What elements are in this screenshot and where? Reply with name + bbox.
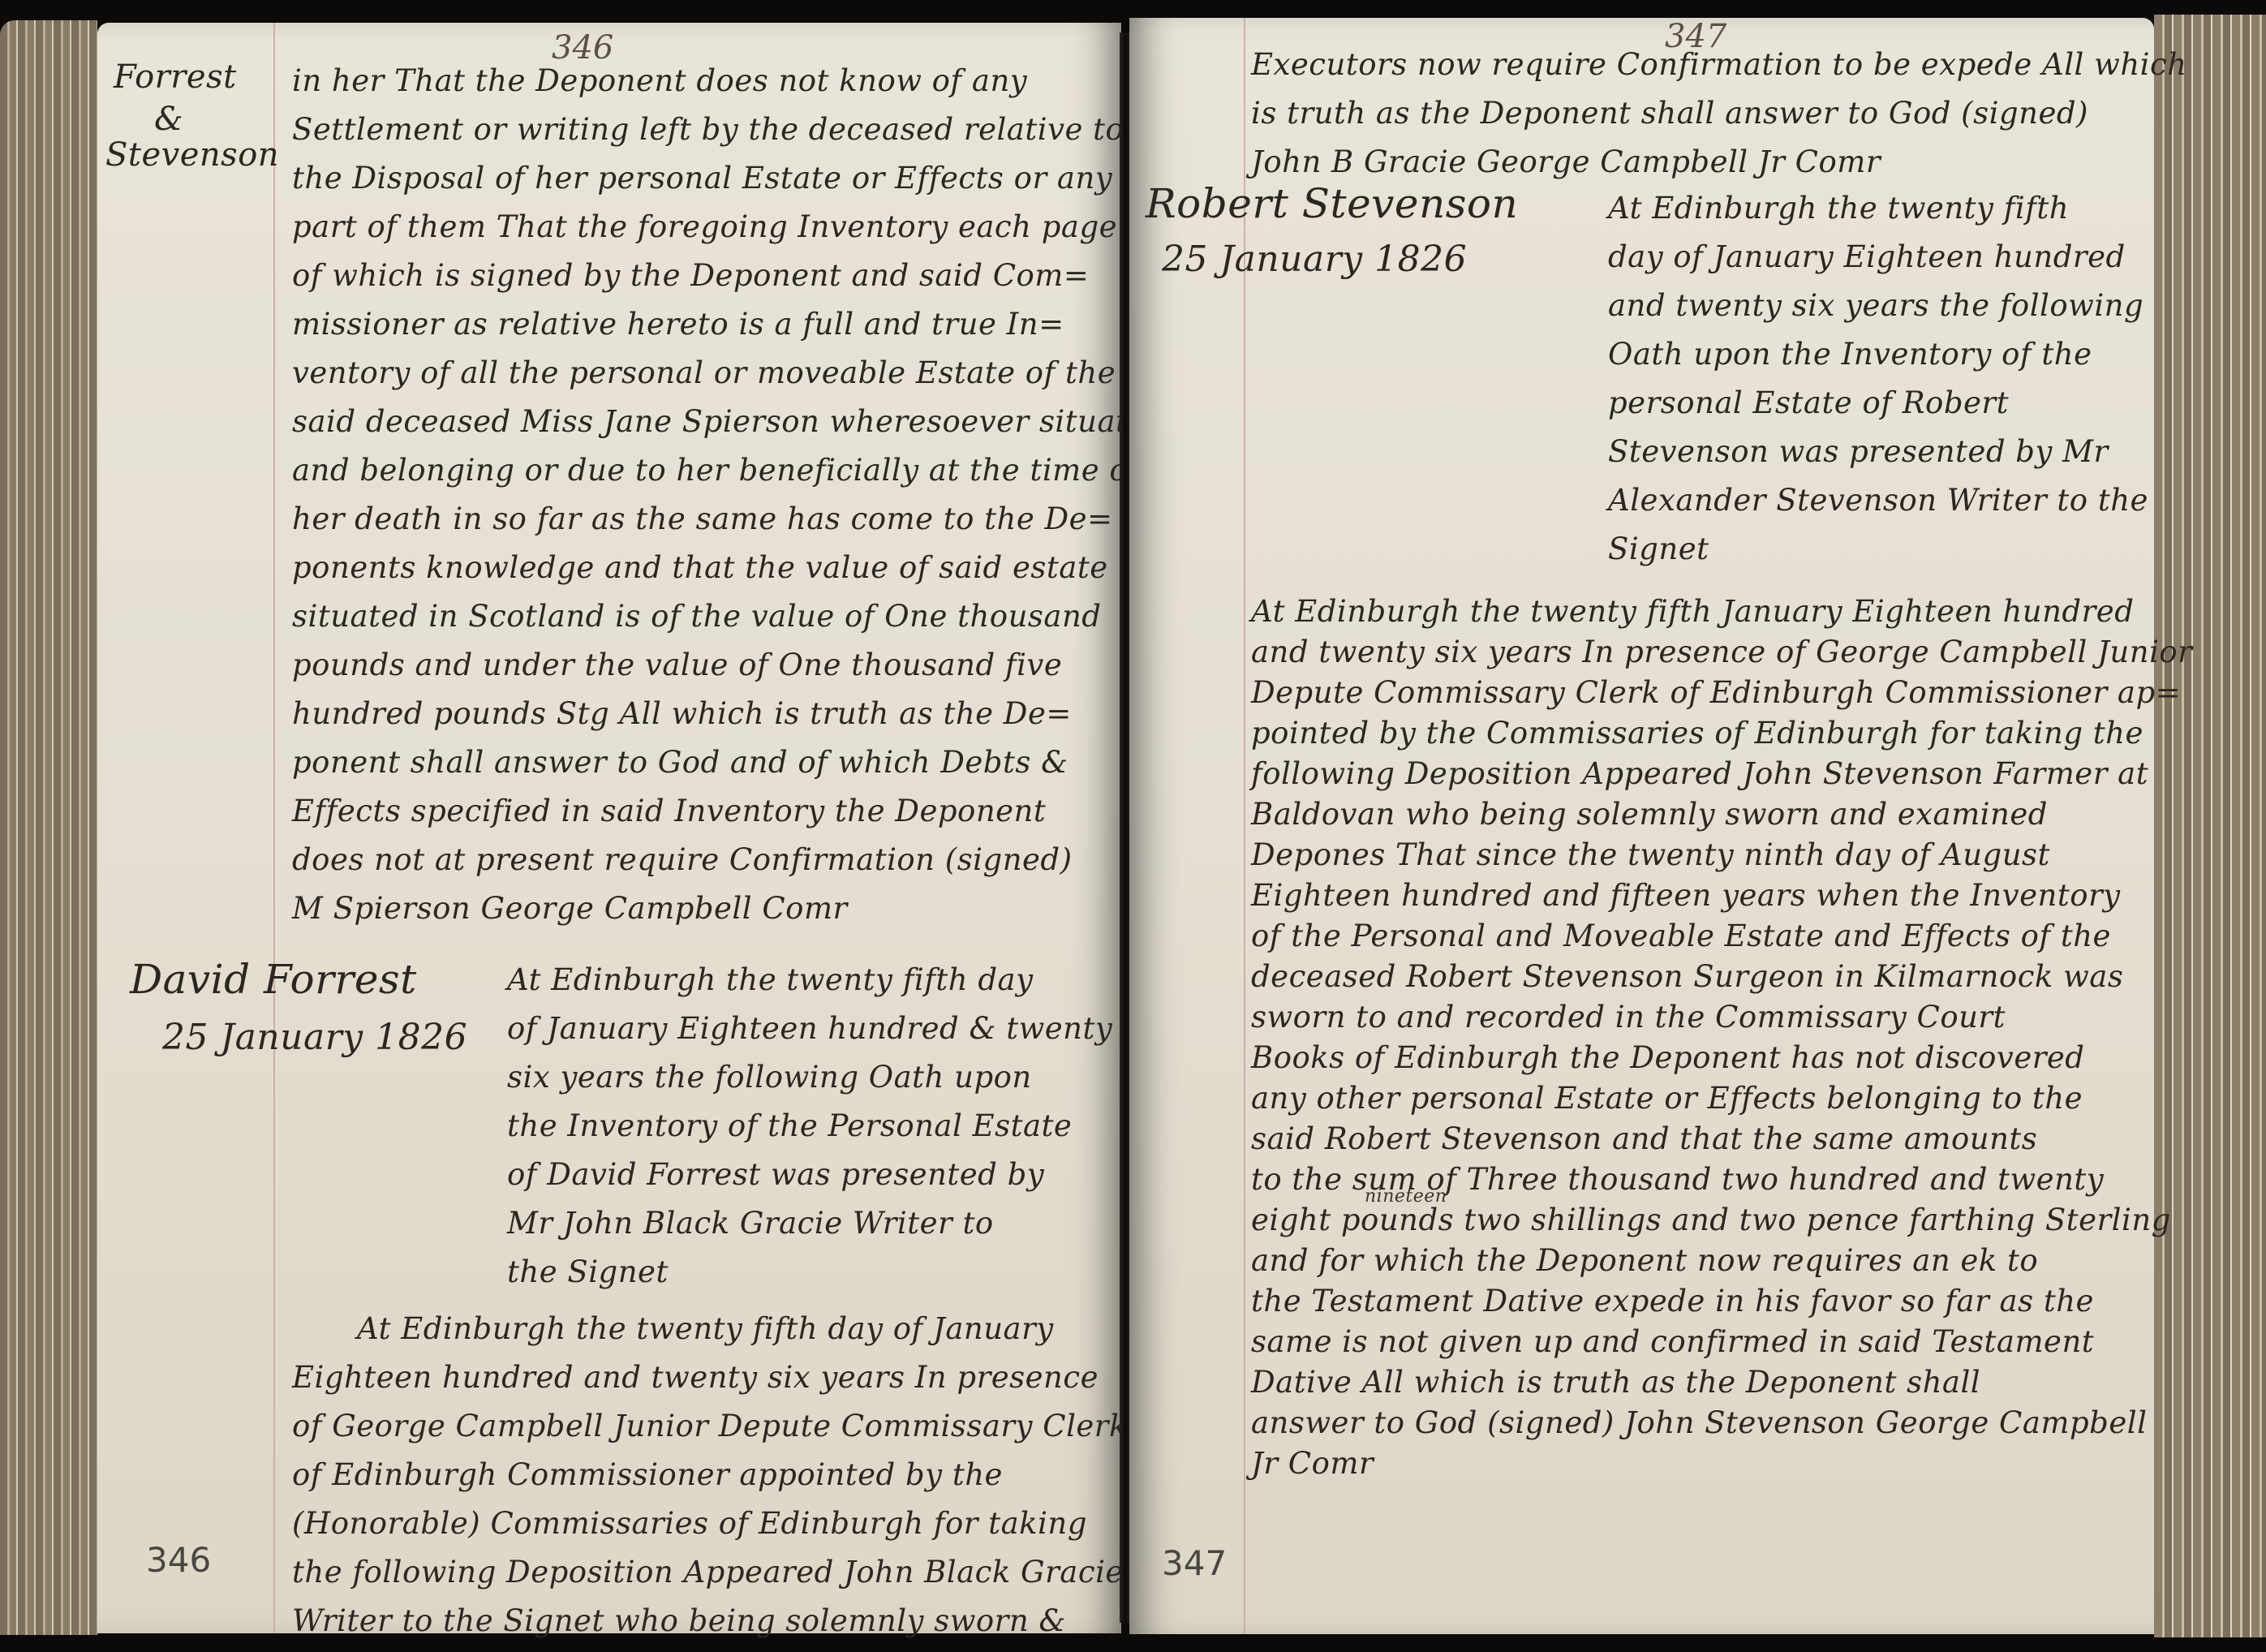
text-line: and belonging or due to her beneficially… — [292, 446, 1139, 495]
margin-heading-ampersand: & — [154, 101, 183, 138]
text-line: Signet — [1608, 525, 1709, 574]
text-line: six years the following Oath upon — [507, 1053, 1032, 1102]
text-line: Effects specified in said Inventory the … — [292, 787, 1046, 836]
pencil-page-number: 347 — [1162, 1543, 1227, 1583]
right-page: 347 Executors now require Confirmation t… — [1129, 18, 2154, 1634]
text-line: personal Estate of Robert — [1608, 379, 2009, 428]
text-line: Stevenson was presented by Mr — [1608, 428, 2109, 476]
entry-name-robert-stevenson: Robert Stevenson — [1146, 180, 1518, 227]
text-line: At Edinburgh the twenty fifth — [1608, 184, 2069, 233]
text-line: of which is signed by the Deponent and s… — [292, 252, 1089, 300]
left-page: 346 Forrest & Stevenson in her That the … — [97, 23, 1121, 1633]
text-line: said deceased Miss Jane Spierson whereso… — [292, 398, 1146, 446]
text-line: the Inventory of the Personal Estate — [507, 1102, 1072, 1151]
text-line: the Signet — [507, 1248, 669, 1297]
text-line: of January Eighteen hundred & twenty — [507, 1005, 1112, 1053]
pencil-page-number: 346 — [146, 1540, 211, 1580]
entry-date: 25 January 1826 — [1162, 239, 1467, 280]
text-line: ventory of all the personal or moveable … — [292, 349, 1116, 398]
text-line: missioner as relative hereto is a full a… — [292, 300, 1064, 349]
text-line: John B Gracie George Campbell Jr Comr — [1251, 138, 1881, 187]
text-line: Alexander Stevenson Writer to the — [1608, 476, 2148, 525]
text-line: At Edinburgh the twenty fifth day — [507, 956, 1034, 1005]
text-line: ponent shall answer to God and of which … — [292, 738, 1069, 787]
text-line: Executors now require Confirmation to be… — [1251, 41, 2187, 89]
text-line: Mr John Black Gracie Writer to — [507, 1199, 994, 1248]
text-line: part of them That the foregoing Inventor… — [292, 203, 1117, 252]
text-line: the following Deposition Appeared John B… — [292, 1548, 1124, 1597]
text-line: Settlement or writing left by the deceas… — [292, 105, 1124, 154]
margin-rule — [273, 23, 275, 1633]
text-line: the Disposal of her personal Estate or E… — [292, 154, 1112, 203]
text-line: situated in Scotland is of the value of … — [292, 592, 1101, 641]
text-line: At Edinburgh the twenty fifth day of Jan… — [357, 1305, 1054, 1353]
margin-heading-stevenson: Stevenson — [105, 136, 279, 174]
entry-date: 25 January 1826 — [162, 1017, 467, 1058]
text-line: Jr Comr — [1251, 1439, 1374, 1488]
text-line: ponents knowledge and that the value of … — [292, 544, 1108, 592]
text-line: of David Forrest was presented by — [507, 1151, 1044, 1199]
text-line: (Honorable) Commissaries of Edinburgh fo… — [292, 1499, 1087, 1548]
text-line: Writer to the Signet who being solemnly … — [292, 1597, 1066, 1646]
open-ledger-book: 346 Forrest & Stevenson in her That the … — [0, 0, 2266, 1652]
text-line: day of January Eighteen hundred — [1608, 233, 2126, 282]
text-line: pounds and under the value of One thousa… — [292, 641, 1062, 690]
text-line: and twenty six years the following — [1608, 282, 2143, 330]
right-page-edges — [2154, 15, 2266, 1637]
text-line: of George Campbell Junior Depute Commiss… — [292, 1402, 1128, 1451]
margin-heading-forrest: Forrest — [114, 58, 237, 96]
text-line: of Edinburgh Commissioner appointed by t… — [292, 1451, 1003, 1499]
left-page-edges — [0, 20, 97, 1635]
text-line: does not at present require Confirmation… — [292, 836, 1073, 884]
text-line: answer to God (signed) John Stevenson Ge… — [1251, 1399, 2147, 1448]
entry-name-david-forrest: David Forrest — [130, 956, 417, 1003]
text-line: her death in so far as the same has come… — [292, 495, 1113, 544]
text-line: Oath upon the Inventory of the — [1608, 330, 2092, 379]
text-line: is truth as the Deponent shall answer to… — [1251, 89, 2088, 138]
text-line: in her That the Deponent does not know o… — [292, 57, 1027, 105]
text-line: Eighteen hundred and twenty six years In… — [292, 1353, 1099, 1402]
text-line: M Spierson George Campbell Comr — [292, 884, 848, 933]
text-line: hundred pounds Stg All which is truth as… — [292, 690, 1072, 738]
